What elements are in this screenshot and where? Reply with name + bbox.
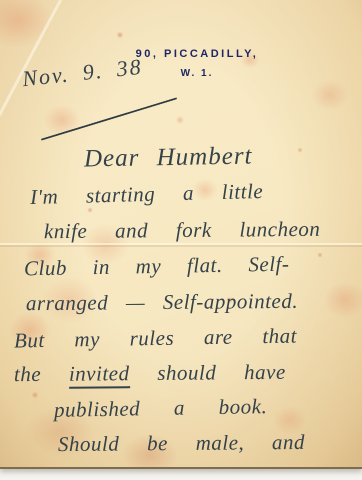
pen-flourish-stroke — [41, 97, 177, 140]
salutation: Dear Humbert — [84, 143, 253, 174]
body-line-6-post: should have — [129, 360, 285, 385]
body-line-6-pre: the — [14, 362, 69, 386]
body-line-3: Club in my flat. Self- — [24, 252, 290, 282]
body-line-6-underlined-word: invited — [69, 361, 130, 389]
body-line-1: I'm starting a little — [30, 179, 264, 210]
letterhead-address: 90, PICCADILLY, — [32, 48, 362, 60]
body-line-2: knife and fork luncheon — [44, 217, 321, 244]
letter-paper: 90, PICCADILLY, W. 1. Nov. 9. 38 Dear Hu… — [0, 0, 362, 469]
body-line-6: the invited should have — [14, 360, 286, 387]
body-line-4: arranged — Self-appointed. — [26, 289, 298, 316]
scanned-letter-photo: 90, PICCADILLY, W. 1. Nov. 9. 38 Dear Hu… — [0, 0, 362, 480]
body-line-5: But my rules are that — [14, 324, 297, 354]
body-line-7: published a book. — [54, 394, 268, 423]
body-line-8: Should be male, and — [58, 430, 305, 457]
